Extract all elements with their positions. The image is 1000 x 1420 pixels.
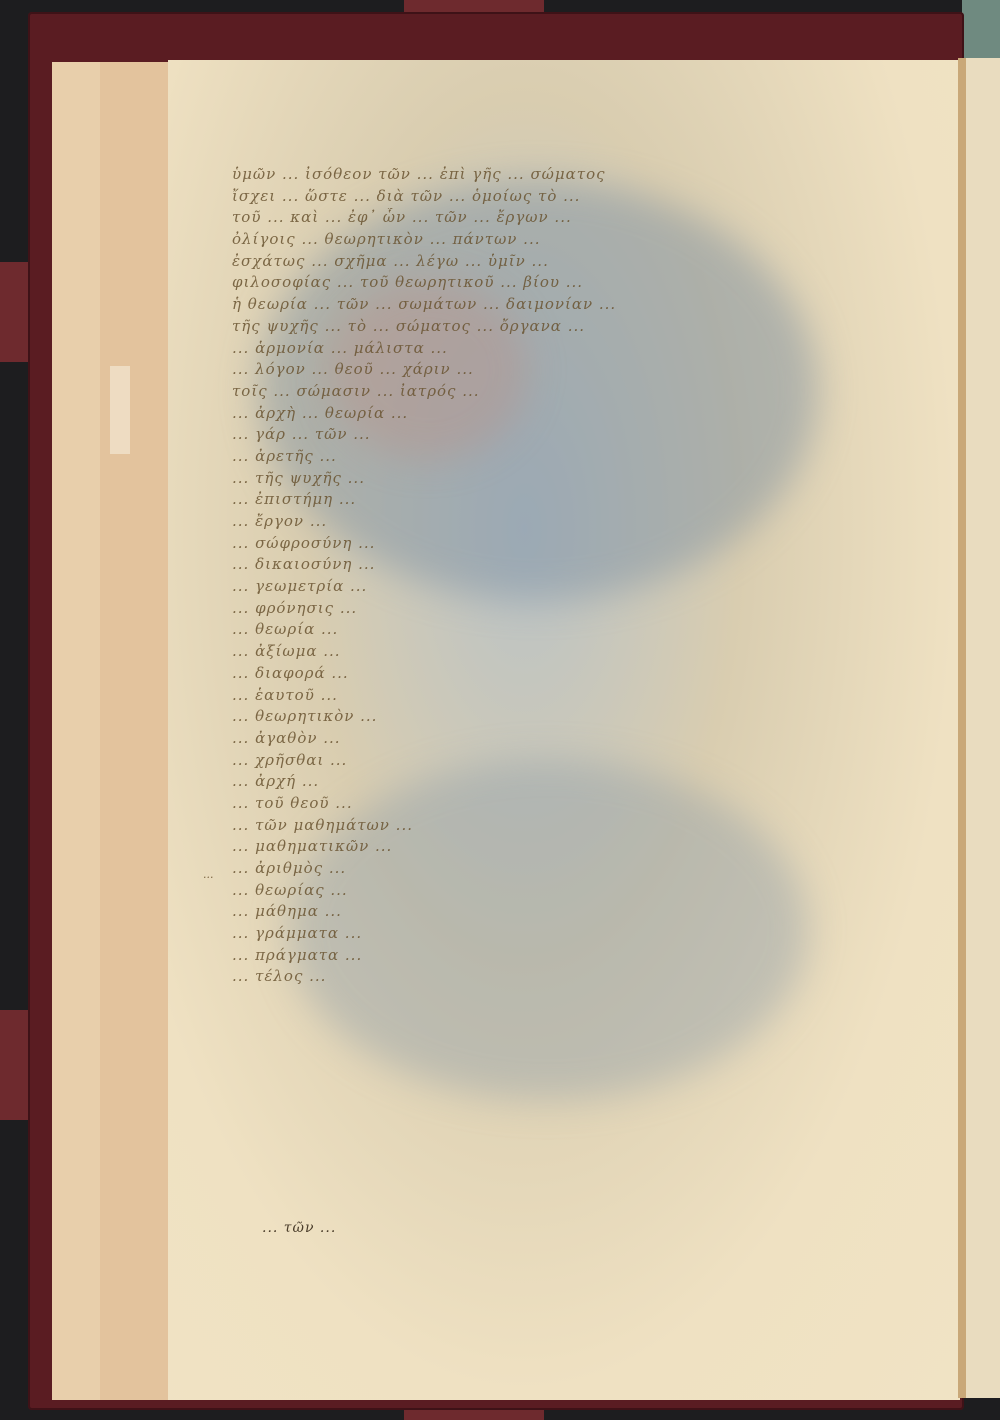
binding-tab-left-1	[0, 262, 30, 362]
text-line: ... μαθηματικῶν ...	[232, 837, 912, 859]
text-line: τοῦ ... καὶ ... ἐφ᾽ ὧν ... τῶν ... ἔργων…	[232, 208, 912, 230]
text-line: ... μάθημα ...	[232, 902, 912, 924]
text-line: ... φρόνησις ...	[232, 599, 912, 621]
text-line: ... τῶν μαθημάτων ...	[232, 816, 912, 838]
text-line: ἴσχει ... ὥστε ... διὰ τῶν ... ὁμοίως τὸ…	[232, 187, 912, 209]
text-line: ... ἔργον ...	[232, 512, 912, 534]
paper-strip	[110, 366, 130, 454]
text-line: ... διαφορά ...	[232, 664, 912, 686]
text-line: τῆς ψυχῆς ... τὸ ... σώματος ... ὄργανα …	[232, 317, 912, 339]
text-line: ... ἀξίωμα ...	[232, 642, 912, 664]
text-line: ... θεωρητικὸν ...	[232, 707, 912, 729]
text-line: ... ἀριθμὸς ...	[232, 859, 912, 881]
text-line: ἡ θεωρία ... τῶν ... σωμάτων ... δαιμονί…	[232, 295, 912, 317]
text-line: ... ἀρχὴ ... θεωρία ...	[232, 404, 912, 426]
text-line: ... ἑαυτοῦ ...	[232, 686, 912, 708]
text-line: τοῖς ... σώμασιν ... ἰατρός ...	[232, 382, 912, 404]
text-line: ... ἀρετῆς ...	[232, 447, 912, 469]
text-line: ... γράμματα ...	[232, 924, 912, 946]
main-text: ὑμῶν ... ἰσόθεον τῶν ... ἐπὶ γῆς ... σώμ…	[232, 165, 912, 989]
flyleaf-inner	[100, 62, 168, 1400]
text-line: ὑμῶν ... ἰσόθεον τῶν ... ἐπὶ γῆς ... σώμ…	[232, 165, 912, 187]
text-line: ὀλίγοις ... θεωρητικὸν ... πάντων ...	[232, 230, 912, 252]
text-line: ... γεωμετρία ...	[232, 577, 912, 599]
text-line: ... θεωρία ...	[232, 620, 912, 642]
text-line: ... ἀρχή ...	[232, 772, 912, 794]
text-line: ... χρῆσθαι ...	[232, 751, 912, 773]
text-line: ... ἀγαθὸν ...	[232, 729, 912, 751]
text-line: ἐσχάτως ... σχῆμα ... λέγω ... ὑμῖν ...	[232, 252, 912, 274]
text-line: ... ἐπιστήμη ...	[232, 490, 912, 512]
flyleaf	[52, 62, 102, 1400]
text-line: ... θεωρίας ...	[232, 881, 912, 903]
marginal-note: ...	[203, 868, 233, 882]
facing-leaf	[966, 58, 1000, 1398]
text-line: ... ἁρμονία ... μάλιστα ...	[232, 339, 912, 361]
colophon-note: ... τῶν ...	[262, 1220, 336, 1236]
text-line: ... τέλος ...	[232, 967, 912, 989]
text-line: ... πράγματα ...	[232, 946, 912, 968]
page-edges	[962, 0, 1000, 60]
text-line: ... τοῦ θεοῦ ...	[232, 794, 912, 816]
text-line: ... λόγον ... θεοῦ ... χάριν ...	[232, 360, 912, 382]
binding-tab-left-2	[0, 1010, 30, 1120]
text-line: ... γάρ ... τῶν ...	[232, 425, 912, 447]
text-line: ... τῆς ψυχῆς ...	[232, 469, 912, 491]
text-line: ... σώφροσύνη ...	[232, 534, 912, 556]
text-line: φιλοσοφίας ... τοῦ θεωρητικοῦ ... βίου .…	[232, 273, 912, 295]
text-line: ... δικαιοσύνη ...	[232, 555, 912, 577]
